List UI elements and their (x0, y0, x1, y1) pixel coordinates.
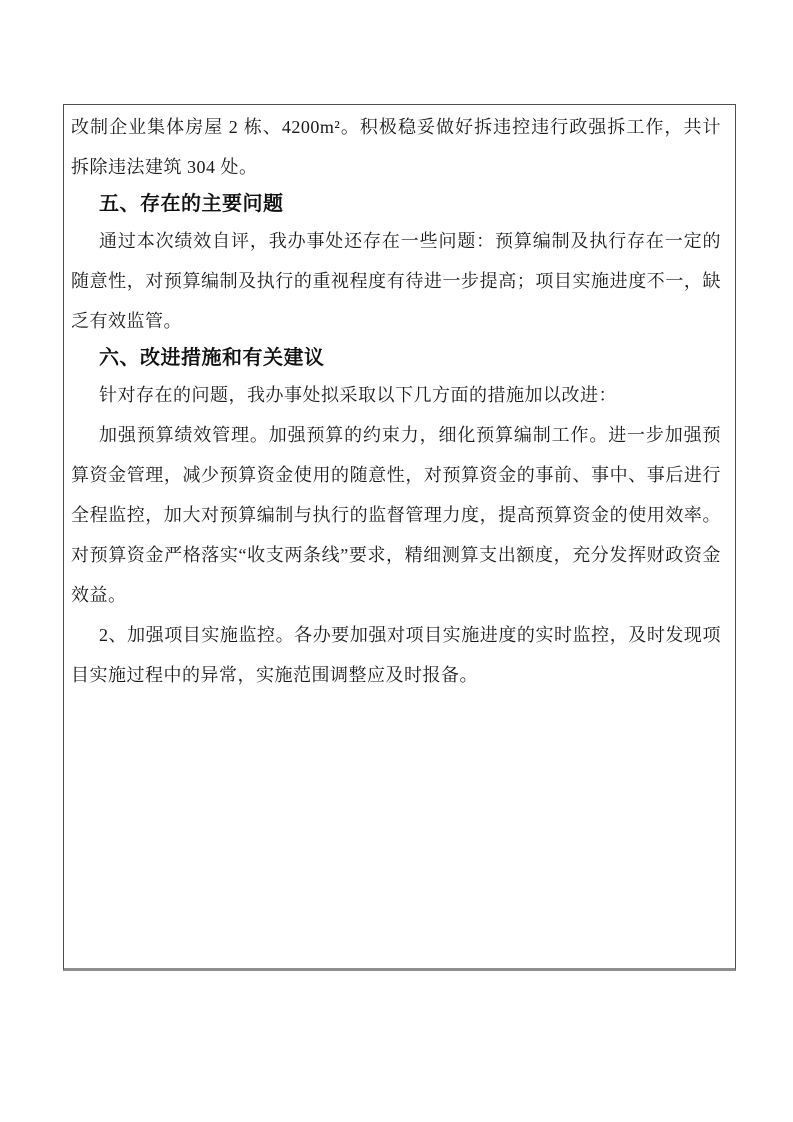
section-heading-six-improvements: 六、改进措施和有关建议 (71, 341, 721, 375)
paragraph-budget-management: 加强预算绩效管理。加强预算的约束力，细化预算编制工作。进一步加强预算资金管理，减… (71, 415, 721, 615)
paragraph-project-monitoring: 2、加强项目实施监控。各办要加强对项目实施进度的实时监控，及时发现项目实施过程中… (71, 615, 721, 695)
content-frame: 改制企业集体房屋 2 栋、4200m²。积极稳妥做好拆违控违行政强拆工作，共计拆… (63, 104, 736, 971)
document-page: 改制企业集体房屋 2 栋、4200m²。积极稳妥做好拆违控违行政强拆工作，共计拆… (0, 0, 793, 1122)
paragraph-measures-intro: 针对存在的问题，我办事处拟采取以下几方面的措施加以改进： (71, 375, 721, 415)
paragraph-problems: 通过本次绩效自评，我办事处还存在一些问题：预算编制及执行存在一定的随意性，对预算… (71, 221, 721, 341)
section-heading-five-problems: 五、存在的主要问题 (71, 187, 721, 221)
paragraph-continued-demolition: 改制企业集体房屋 2 栋、4200m²。积极稳妥做好拆违控违行政强拆工作，共计拆… (71, 107, 721, 187)
